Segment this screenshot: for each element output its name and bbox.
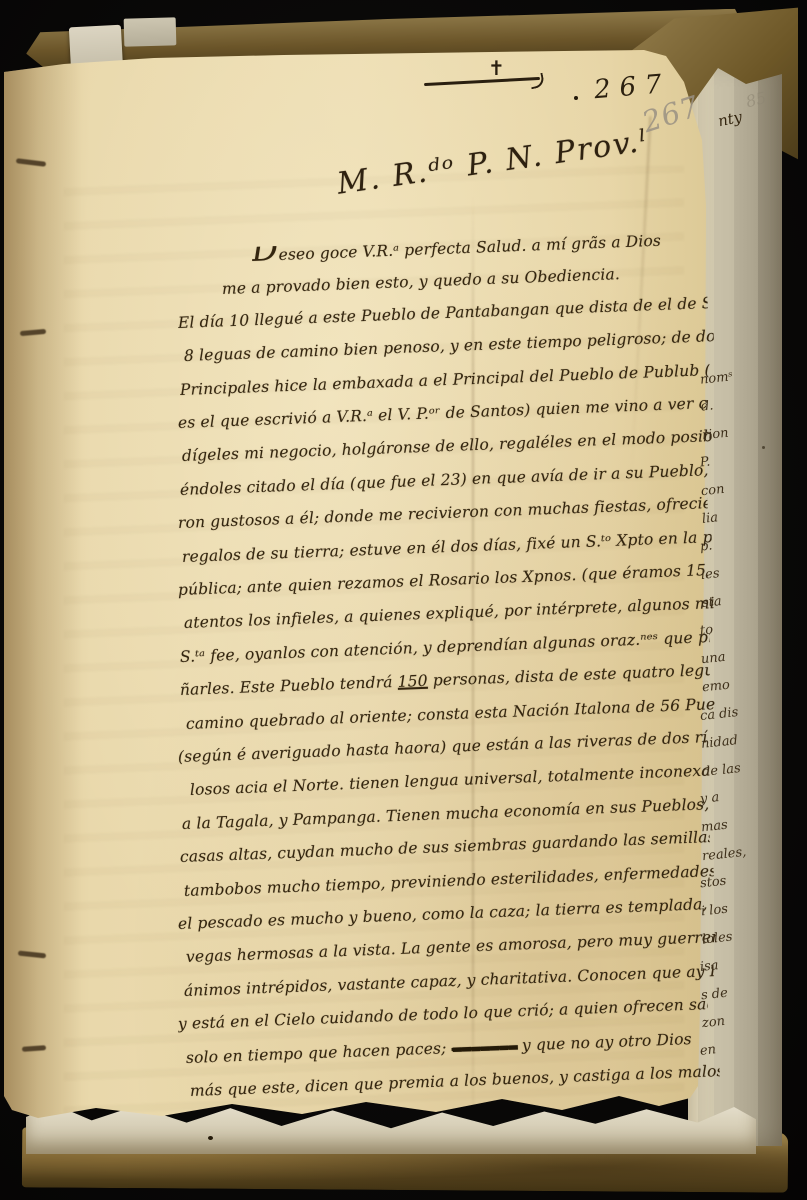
page-tab bbox=[124, 17, 177, 46]
paper-crease bbox=[472, 196, 474, 1146]
ink-bleedthrough-texture bbox=[64, 166, 684, 1146]
manuscript-page bbox=[4, 46, 708, 1146]
ink-speck bbox=[208, 1136, 213, 1140]
ink-speck bbox=[762, 446, 765, 449]
photograph-background: { "scan": { "background_color": "#0a0908… bbox=[0, 0, 807, 1200]
ink-speck bbox=[574, 96, 578, 100]
